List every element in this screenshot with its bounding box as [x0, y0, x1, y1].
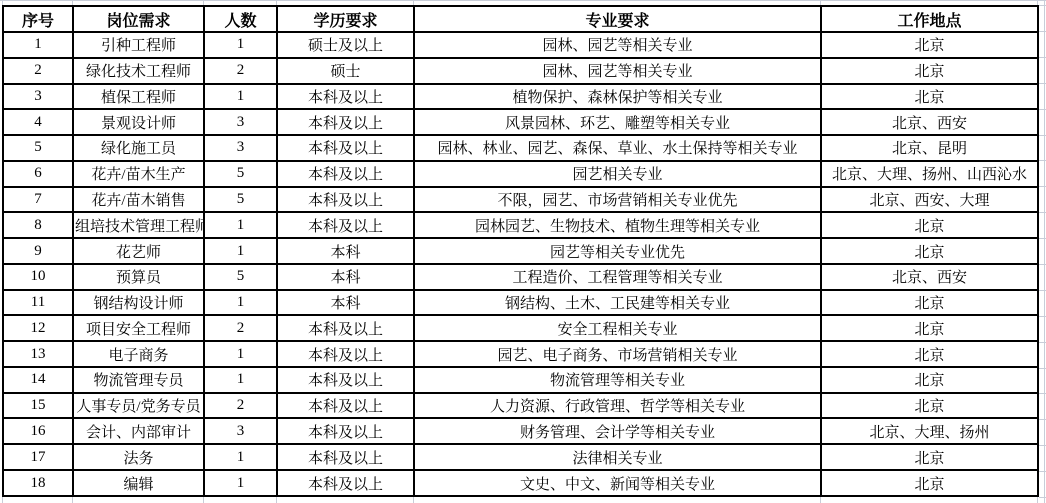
table-cell: 本科及以上 [277, 367, 414, 393]
table-cell: 1 [204, 470, 277, 496]
table-cell: 植物保护、森林保护等相关专业 [414, 84, 821, 110]
gridline [1039, 186, 1046, 187]
gridline [1039, 31, 1046, 32]
gridline [0, 0, 1046, 1]
header-cell-headcount: 人数 [204, 6, 277, 32]
table-cell: 编辑 [73, 470, 204, 496]
table-cell: 15 [3, 393, 73, 419]
gridline [1039, 160, 1046, 161]
gridline [203, 497, 204, 503]
table-cell: 北京 [821, 290, 1038, 316]
table-cell: 18 [3, 470, 73, 496]
table-cell: 6 [3, 161, 73, 187]
table-cell: 本科及以上 [277, 187, 414, 213]
table-row: 17法务1本科及以上法律相关专业北京 [3, 444, 1038, 470]
table-cell: 本科 [277, 238, 414, 264]
table-cell: 本科及以上 [277, 212, 414, 238]
table-cell: 5 [204, 161, 277, 187]
table-cell: 花艺师 [73, 238, 204, 264]
table-cell: 1 [3, 32, 73, 58]
gridline [1039, 109, 1046, 110]
table-cell: 本科及以上 [277, 84, 414, 110]
table-cell: 北京 [821, 367, 1038, 393]
table-body: 1引种工程师1硕士及以上园林、园艺等相关专业北京2绿化技术工程师2硕士园林、园艺… [3, 32, 1038, 496]
table-cell: 1 [204, 341, 277, 367]
table-row: 12项目安全工程师2本科及以上安全工程相关专业北京 [3, 315, 1038, 341]
table-cell: 北京 [821, 212, 1038, 238]
header-row: 序号 岗位需求 人数 学历要求 专业要求 工作地点 [3, 6, 1038, 32]
table-row: 2绿化技术工程师2硕士园林、园艺等相关专业北京 [3, 58, 1038, 84]
table-cell: 14 [3, 367, 73, 393]
gridline [1039, 393, 1046, 394]
table-cell: 11 [3, 290, 73, 316]
table-cell: 3 [204, 135, 277, 161]
table-cell: 人力资源、行政管理、哲学等相关专业 [414, 393, 821, 419]
job-positions-table: 序号 岗位需求 人数 学历要求 专业要求 工作地点 1引种工程师1硕士及以上园林… [2, 5, 1039, 497]
table-cell: 12 [3, 315, 73, 341]
spreadsheet-view: 序号 岗位需求 人数 学历要求 专业要求 工作地点 1引种工程师1硕士及以上园林… [0, 0, 1046, 503]
table-cell: 本科及以上 [277, 135, 414, 161]
table-row: 13电子商务1本科及以上园艺、电子商务、市场营销相关专业北京 [3, 341, 1038, 367]
table-cell: 硕士 [277, 58, 414, 84]
table-cell: 园林、林业、园艺、森保、草业、水土保持等相关专业 [414, 135, 821, 161]
table-row: 15人事专员/党务专员2本科及以上人力资源、行政管理、哲学等相关专业北京 [3, 393, 1038, 419]
table-cell: 北京 [821, 32, 1038, 58]
gridline [1039, 135, 1046, 136]
table-cell: 北京、西安 [821, 109, 1038, 135]
table-cell: 组培技术管理工程师 [73, 212, 204, 238]
gridline [1039, 342, 1046, 343]
gridline [72, 497, 73, 503]
gridline [1039, 83, 1046, 84]
table-cell: 北京 [821, 84, 1038, 110]
gridline [1039, 497, 1046, 498]
gridline [2, 497, 3, 503]
table-cell: 北京、西安 [821, 264, 1038, 290]
table-cell: 园艺相关专业 [414, 161, 821, 187]
table-cell: 1 [204, 238, 277, 264]
table-row: 10预算员5本科工程造价、工程管理等相关专业北京、西安 [3, 264, 1038, 290]
table-row: 7花卉/苗木销售5本科及以上不限，园艺、市场营销相关专业优先北京、西安、大理 [3, 187, 1038, 213]
table-row: 16会计、内部审计3本科及以上财务管理、会计学等相关专业北京、大理、扬州 [3, 418, 1038, 444]
table-header: 序号 岗位需求 人数 学历要求 专业要求 工作地点 [3, 6, 1038, 32]
table-cell: 花卉/苗木销售 [73, 187, 204, 213]
header-cell-education: 学历要求 [277, 6, 414, 32]
table-cell: 本科 [277, 290, 414, 316]
table-cell: 风景园林、环艺、雕塑等相关专业 [414, 109, 821, 135]
gridline [1039, 316, 1046, 317]
table-cell: 5 [204, 264, 277, 290]
gridline [1044, 0, 1045, 503]
table-cell: 人事专员/党务专员 [73, 393, 204, 419]
header-cell-location: 工作地点 [821, 6, 1038, 32]
table-cell: 本科及以上 [277, 470, 414, 496]
table-cell: 3 [204, 109, 277, 135]
gridline [1039, 212, 1046, 213]
table-cell: 安全工程相关专业 [414, 315, 821, 341]
table-cell: 北京、西安、大理 [821, 187, 1038, 213]
table-cell: 园艺等相关专业优先 [414, 238, 821, 264]
table-cell: 本科及以上 [277, 341, 414, 367]
table-cell: 1 [204, 444, 277, 470]
table-cell: 工程造价、工程管理等相关专业 [414, 264, 821, 290]
table-cell: 北京 [821, 341, 1038, 367]
table-cell: 1 [204, 367, 277, 393]
gridline [1039, 419, 1046, 420]
table-cell: 物流管理专员 [73, 367, 204, 393]
table-cell: 北京、昆明 [821, 135, 1038, 161]
table-cell: 预算员 [73, 264, 204, 290]
table-cell: 本科 [277, 264, 414, 290]
table-cell: 绿化施工员 [73, 135, 204, 161]
table-row: 8组培技术管理工程师1本科及以上园林园艺、生物技术、植物生理等相关专业北京 [3, 212, 1038, 238]
table-cell: 项目安全工程师 [73, 315, 204, 341]
table-row: 6花卉/苗木生产5本科及以上园艺相关专业北京、大理、扬州、山西沁水 [3, 161, 1038, 187]
table-cell: 5 [3, 135, 73, 161]
table-cell: 本科及以上 [277, 418, 414, 444]
table-cell: 1 [204, 32, 277, 58]
table-cell: 不限，园艺、市场营销相关专业优先 [414, 187, 821, 213]
table-row: 3植保工程师1本科及以上植物保护、森林保护等相关专业北京 [3, 84, 1038, 110]
gridline [1039, 5, 1046, 6]
table-cell: 北京 [821, 393, 1038, 419]
table-cell: 钢结构设计师 [73, 290, 204, 316]
table-cell: 1 [204, 84, 277, 110]
gridline [1039, 264, 1046, 265]
table-cell: 10 [3, 264, 73, 290]
table-cell: 绿化技术工程师 [73, 58, 204, 84]
table-cell: 8 [3, 212, 73, 238]
header-cell-major: 专业要求 [414, 6, 821, 32]
table-cell: 本科及以上 [277, 109, 414, 135]
table-cell: 2 [3, 58, 73, 84]
gridline [1039, 290, 1046, 291]
table-cell: 文史、中文、新闻等相关专业 [414, 470, 821, 496]
table-cell: 1 [204, 212, 277, 238]
table-cell: 花卉/苗木生产 [73, 161, 204, 187]
table-cell: 3 [3, 84, 73, 110]
table-cell: 法律相关专业 [414, 444, 821, 470]
table-cell: 园艺、电子商务、市场营销相关专业 [414, 341, 821, 367]
table-row: 9花艺师1本科园艺等相关专业优先北京 [3, 238, 1038, 264]
table-cell: 北京 [821, 315, 1038, 341]
table-cell: 北京、大理、扬州、山西沁水 [821, 161, 1038, 187]
table-cell: 硕士及以上 [277, 32, 414, 58]
table-cell: 北京 [821, 444, 1038, 470]
table-cell: 景观设计师 [73, 109, 204, 135]
gridline [1037, 497, 1038, 503]
table-cell: 2 [204, 315, 277, 341]
table-cell: 7 [3, 187, 73, 213]
table-cell: 2 [204, 58, 277, 84]
table-cell: 园林、园艺等相关专业 [414, 58, 821, 84]
table-cell: 9 [3, 238, 73, 264]
table-cell: 16 [3, 418, 73, 444]
table-cell: 13 [3, 341, 73, 367]
table-cell: 北京 [821, 470, 1038, 496]
gridline [1039, 445, 1046, 446]
gridline [820, 497, 821, 503]
gridline [1039, 471, 1046, 472]
table-cell: 物流管理等相关专业 [414, 367, 821, 393]
table-cell: 法务 [73, 444, 204, 470]
table-row: 4景观设计师3本科及以上风景园林、环艺、雕塑等相关专业北京、西安 [3, 109, 1038, 135]
table-cell: 电子商务 [73, 341, 204, 367]
table-cell: 本科及以上 [277, 315, 414, 341]
table-cell: 3 [204, 418, 277, 444]
table-cell: 本科及以上 [277, 444, 414, 470]
table-cell: 引种工程师 [73, 32, 204, 58]
table-cell: 17 [3, 444, 73, 470]
table-cell: 本科及以上 [277, 161, 414, 187]
table-row: 18编辑1本科及以上文史、中文、新闻等相关专业北京 [3, 470, 1038, 496]
table-cell: 园林园艺、生物技术、植物生理等相关专业 [414, 212, 821, 238]
table-cell: 4 [3, 109, 73, 135]
table-cell: 本科及以上 [277, 393, 414, 419]
table-cell: 北京、大理、扬州 [821, 418, 1038, 444]
table-cell: 财务管理、会计学等相关专业 [414, 418, 821, 444]
gridline [1039, 368, 1046, 369]
table-row: 5绿化施工员3本科及以上园林、林业、园艺、森保、草业、水土保持等相关专业北京、昆… [3, 135, 1038, 161]
header-cell-index: 序号 [3, 6, 73, 32]
header-cell-position: 岗位需求 [73, 6, 204, 32]
gridline [1039, 238, 1046, 239]
gridline [276, 497, 277, 503]
table-cell: 北京 [821, 58, 1038, 84]
table-row: 1引种工程师1硕士及以上园林、园艺等相关专业北京 [3, 32, 1038, 58]
table-cell: 北京 [821, 238, 1038, 264]
table-cell: 园林、园艺等相关专业 [414, 32, 821, 58]
table-row: 11钢结构设计师1本科钢结构、土木、工民建等相关专业北京 [3, 290, 1038, 316]
table-cell: 钢结构、土木、工民建等相关专业 [414, 290, 821, 316]
gridline [413, 497, 414, 503]
table-cell: 5 [204, 187, 277, 213]
table-cell: 1 [204, 290, 277, 316]
table-cell: 2 [204, 393, 277, 419]
table-row: 14物流管理专员1本科及以上物流管理等相关专业北京 [3, 367, 1038, 393]
table-cell: 植保工程师 [73, 84, 204, 110]
gridline [1039, 57, 1046, 58]
table-cell: 会计、内部审计 [73, 418, 204, 444]
